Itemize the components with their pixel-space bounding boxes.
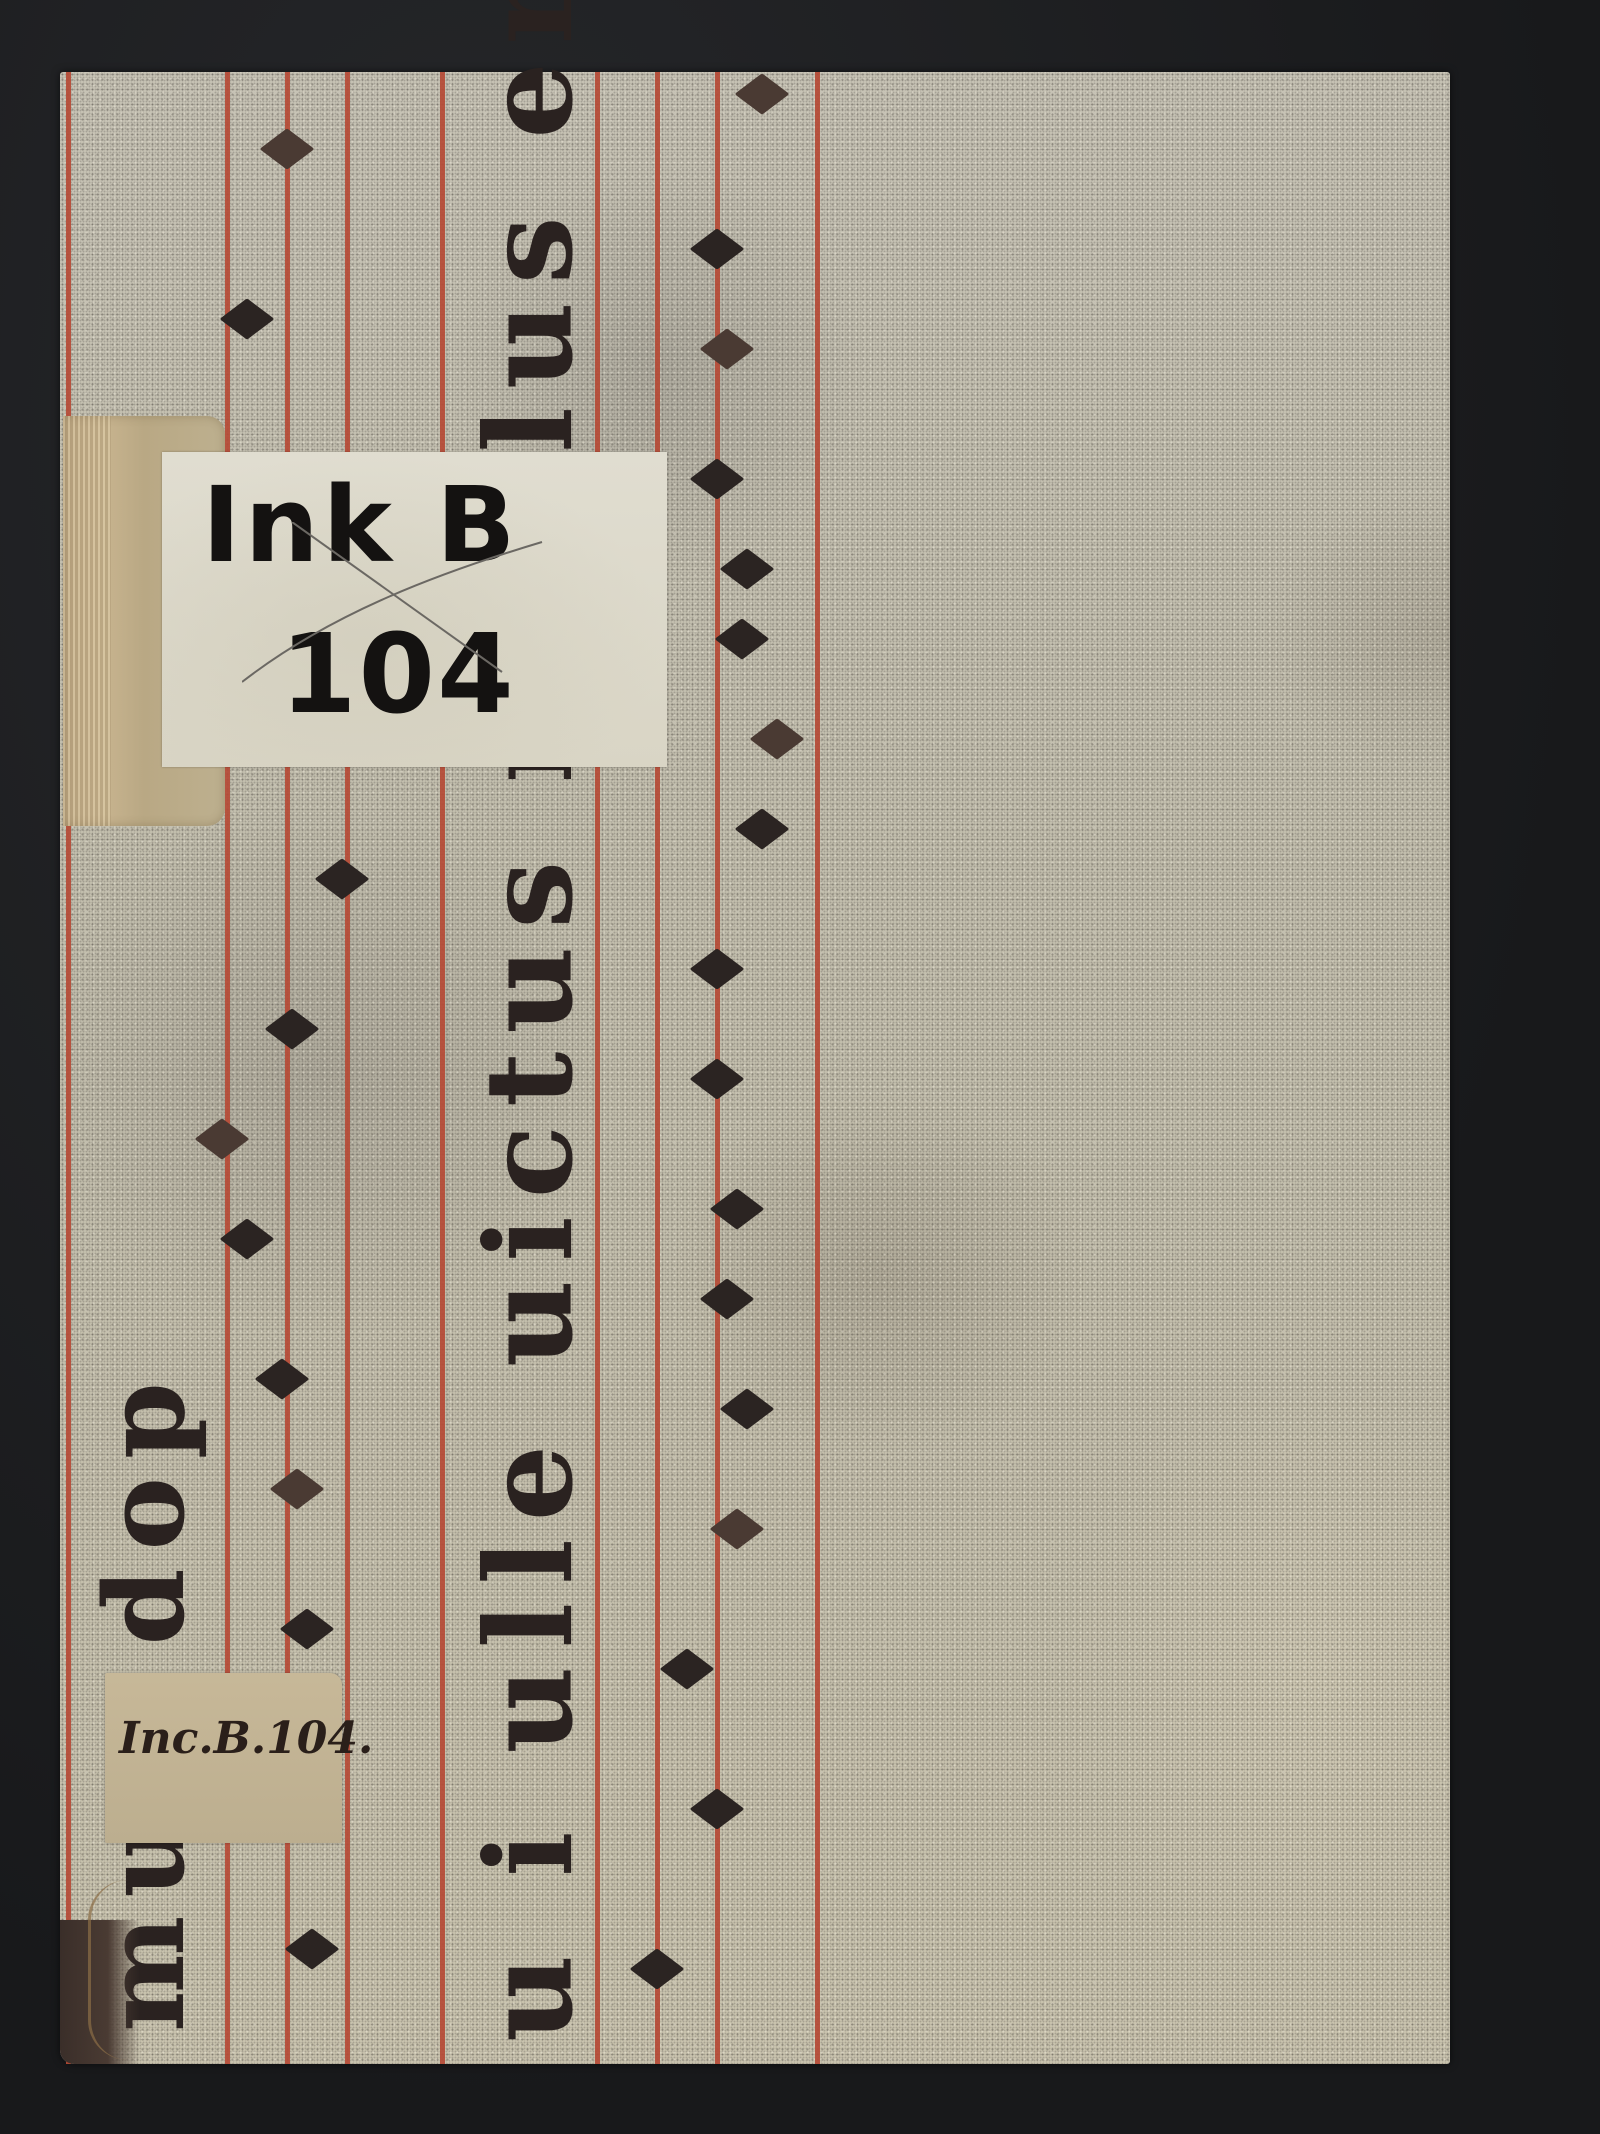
shelfmark-line-2: 104 (280, 610, 516, 738)
shelfmark-line-1: Ink B (202, 464, 519, 586)
neume (690, 1058, 745, 1099)
spine-shelfmark-text: Inc.B.104. (119, 1713, 373, 1764)
red-staff-line (440, 72, 445, 2064)
neume (265, 1008, 320, 1049)
neume (690, 1788, 745, 1829)
neume (315, 858, 370, 899)
neume (255, 1358, 310, 1399)
neume (285, 1928, 340, 1969)
neume (260, 128, 315, 169)
neume (700, 1278, 755, 1319)
manuscript-text-column-3: u i ulle uictus mcelus er u (470, 92, 590, 2042)
neume (690, 228, 745, 269)
neume (735, 808, 790, 849)
red-staff-line (655, 72, 660, 2064)
spine-shelfmark-label: Inc.B.104. (105, 1673, 342, 1843)
spine-tooled-ornament (88, 1880, 141, 2060)
red-staff-line (345, 72, 350, 2064)
neume (700, 328, 755, 369)
red-staff-line (66, 72, 71, 2064)
neume (630, 1948, 685, 1989)
neume (735, 73, 790, 114)
neume (690, 458, 745, 499)
neume (720, 548, 775, 589)
neume (660, 1648, 715, 1689)
neume (270, 1468, 325, 1509)
red-staff-line (815, 72, 820, 2064)
neume (690, 948, 745, 989)
neume (195, 1118, 250, 1159)
neume (750, 718, 805, 759)
neume (720, 1388, 775, 1429)
shelfmark-label: Ink B 104 (162, 452, 667, 767)
neume (715, 618, 770, 659)
